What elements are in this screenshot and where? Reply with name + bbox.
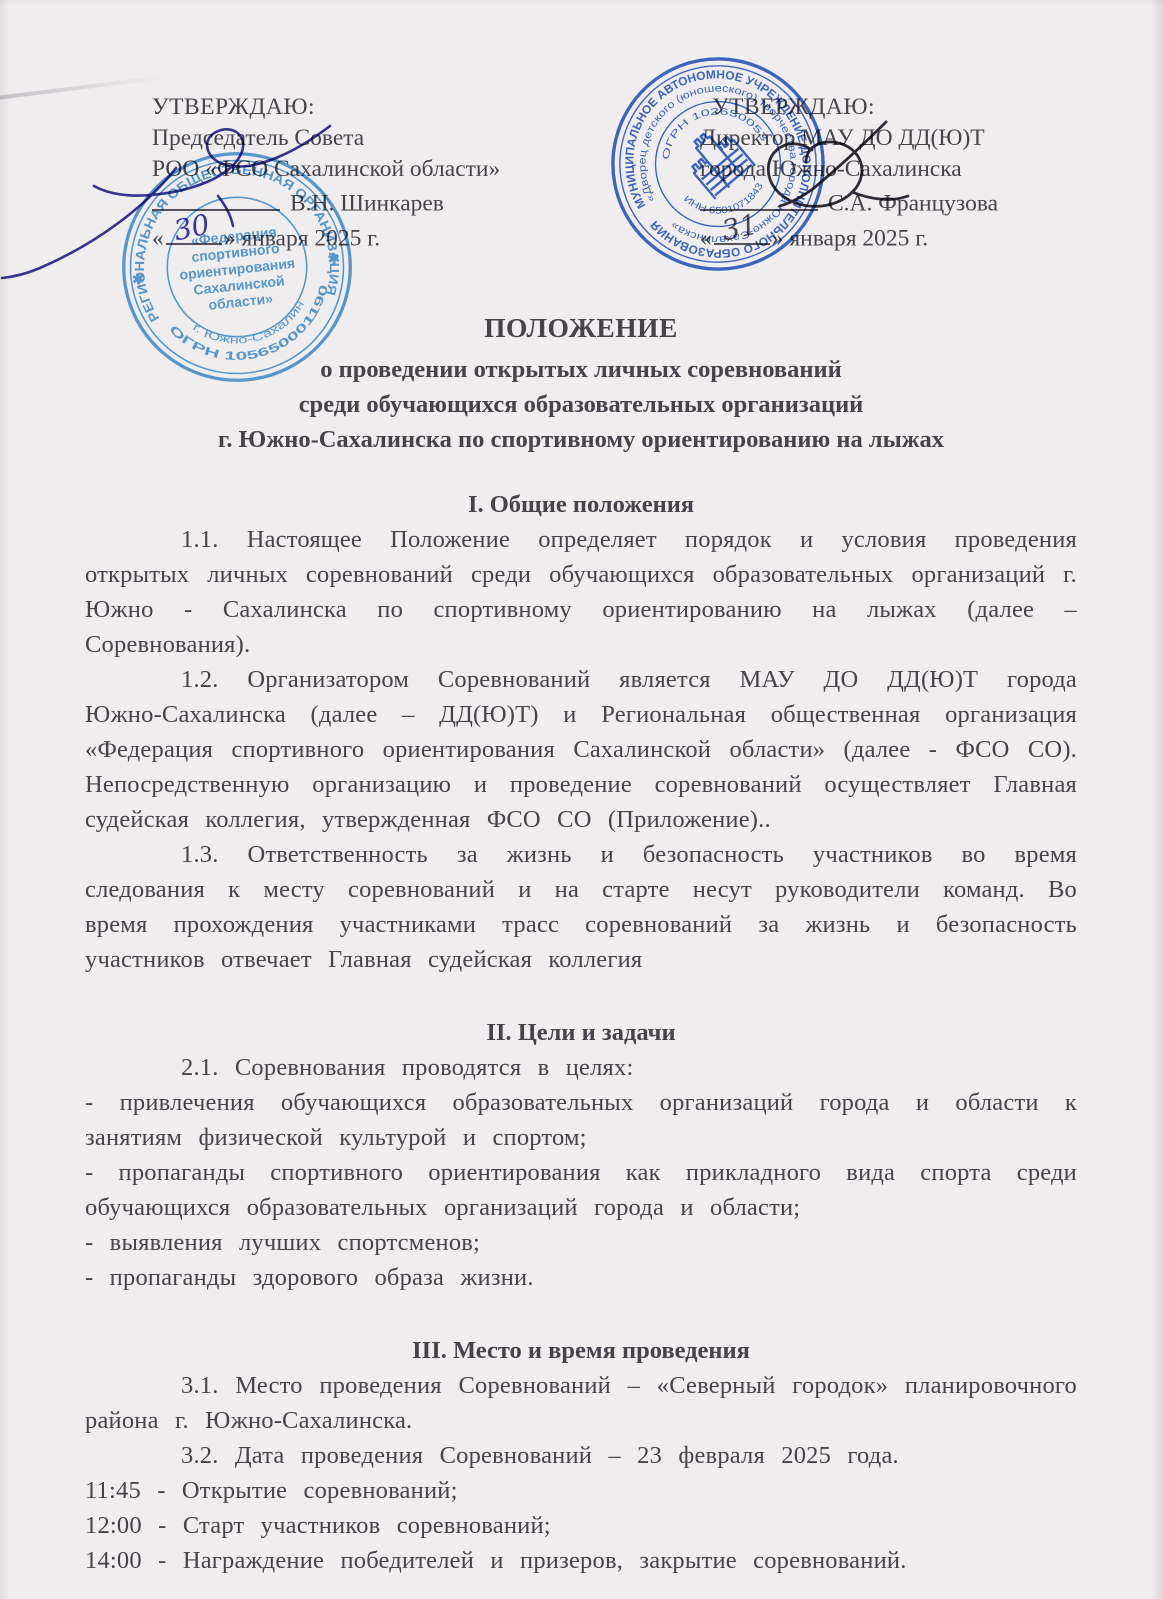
approval-block-left: УТВЕРЖДАЮ: Председатель Совета РОО «ФСО … [152,92,500,254]
paragraph: 2.1. Соревнования проводятся в целях: [85,1050,1077,1085]
paragraph: 3.2. Дата проведения Соревнований – 23 ф… [85,1438,1077,1473]
scanned-document-page: УТВЕРЖДАЮ: Председатель Совета РОО «ФСО … [0,0,1163,1599]
paragraph: - пропаганды спортивного ориентирования … [85,1155,1077,1225]
date-day-blank: 30 [166,220,222,246]
section-heading: I. Общие положения [85,491,1077,519]
approval-date-line: «31» января 2025 г. [700,220,998,255]
approval-org: города Южно-Сахалинска [700,154,998,185]
approval-role: Директор МАУ ДО ДД(Ю)Т [700,123,998,154]
section-heading: III. Место и время проведения [85,1337,1077,1365]
quote-open: « [152,225,164,251]
paragraph: - привлечения обучающихся образовательны… [85,1085,1077,1155]
document-subtitle-line: г. Южно-Сахалинска по спортивному ориент… [85,422,1077,457]
paragraph: - пропаганды здорового образа жизни. [85,1260,1077,1295]
paragraph: 12:00 - Старт участников соревнований; [85,1508,1077,1543]
approval-label: УТВЕРЖДАЮ: [152,92,500,123]
document-body: ПОЛОЖЕНИЕ о проведении открытых личных с… [85,296,1077,1578]
approver-name: С.А. Французова [828,191,998,217]
signature-blank-line [152,185,280,211]
stamp-center-line: Сахалинской [193,272,286,297]
date-text: » января 2025 г. [224,225,380,251]
paragraph: 1.1. Настоящее Положение определяет поря… [85,522,1077,662]
date-day-blank: 31 [714,220,770,246]
section-heading: II. Цели и задачи [85,1019,1077,1047]
document-subtitle-line: о проведении открытых личных соревновани… [85,352,1077,387]
paragraph: 14:00 - Награждение победителей и призер… [85,1543,1077,1578]
approval-role: Председатель Совета [152,123,500,154]
stamp-center-line: ориентирования [179,255,296,283]
paragraph: 11:45 - Открытие соревнований; [85,1473,1077,1508]
handwritten-day: 31 [719,210,760,245]
approval-label: УТВЕРЖДАЮ: [712,92,998,123]
paper-crease [0,76,162,101]
approver-name: В.Н. Шинкарев [290,191,444,217]
handwritten-day: 30 [171,210,212,245]
document-subtitle-line: среди обучающихся образовательных органи… [85,387,1077,422]
paragraph: 1.2. Организатором Соревнований является… [85,662,1077,837]
paragraph: - выявления лучших спортсменов; [85,1225,1077,1260]
paragraph: 3.1. Место проведения Соревнований – «Се… [85,1368,1077,1438]
date-text: » января 2025 г. [772,225,928,251]
document-sections: I. Общие положения1.1. Настоящее Положен… [85,491,1077,1578]
paragraph: 1.3. Ответственность за жизнь и безопасн… [85,837,1077,977]
approval-block-right: УТВЕРЖДАЮ: Директор МАУ ДО ДД(Ю)Т города… [700,92,998,254]
signature-blank-line [700,185,818,211]
quote-open: « [700,225,712,251]
star-icon: ✱ [132,271,147,288]
approval-org: РОО «ФСО Сахалинской области» [152,154,500,185]
approval-date-line: «30» января 2025 г. [152,220,500,255]
document-title: ПОЛОЖЕНИЕ [85,312,1077,344]
